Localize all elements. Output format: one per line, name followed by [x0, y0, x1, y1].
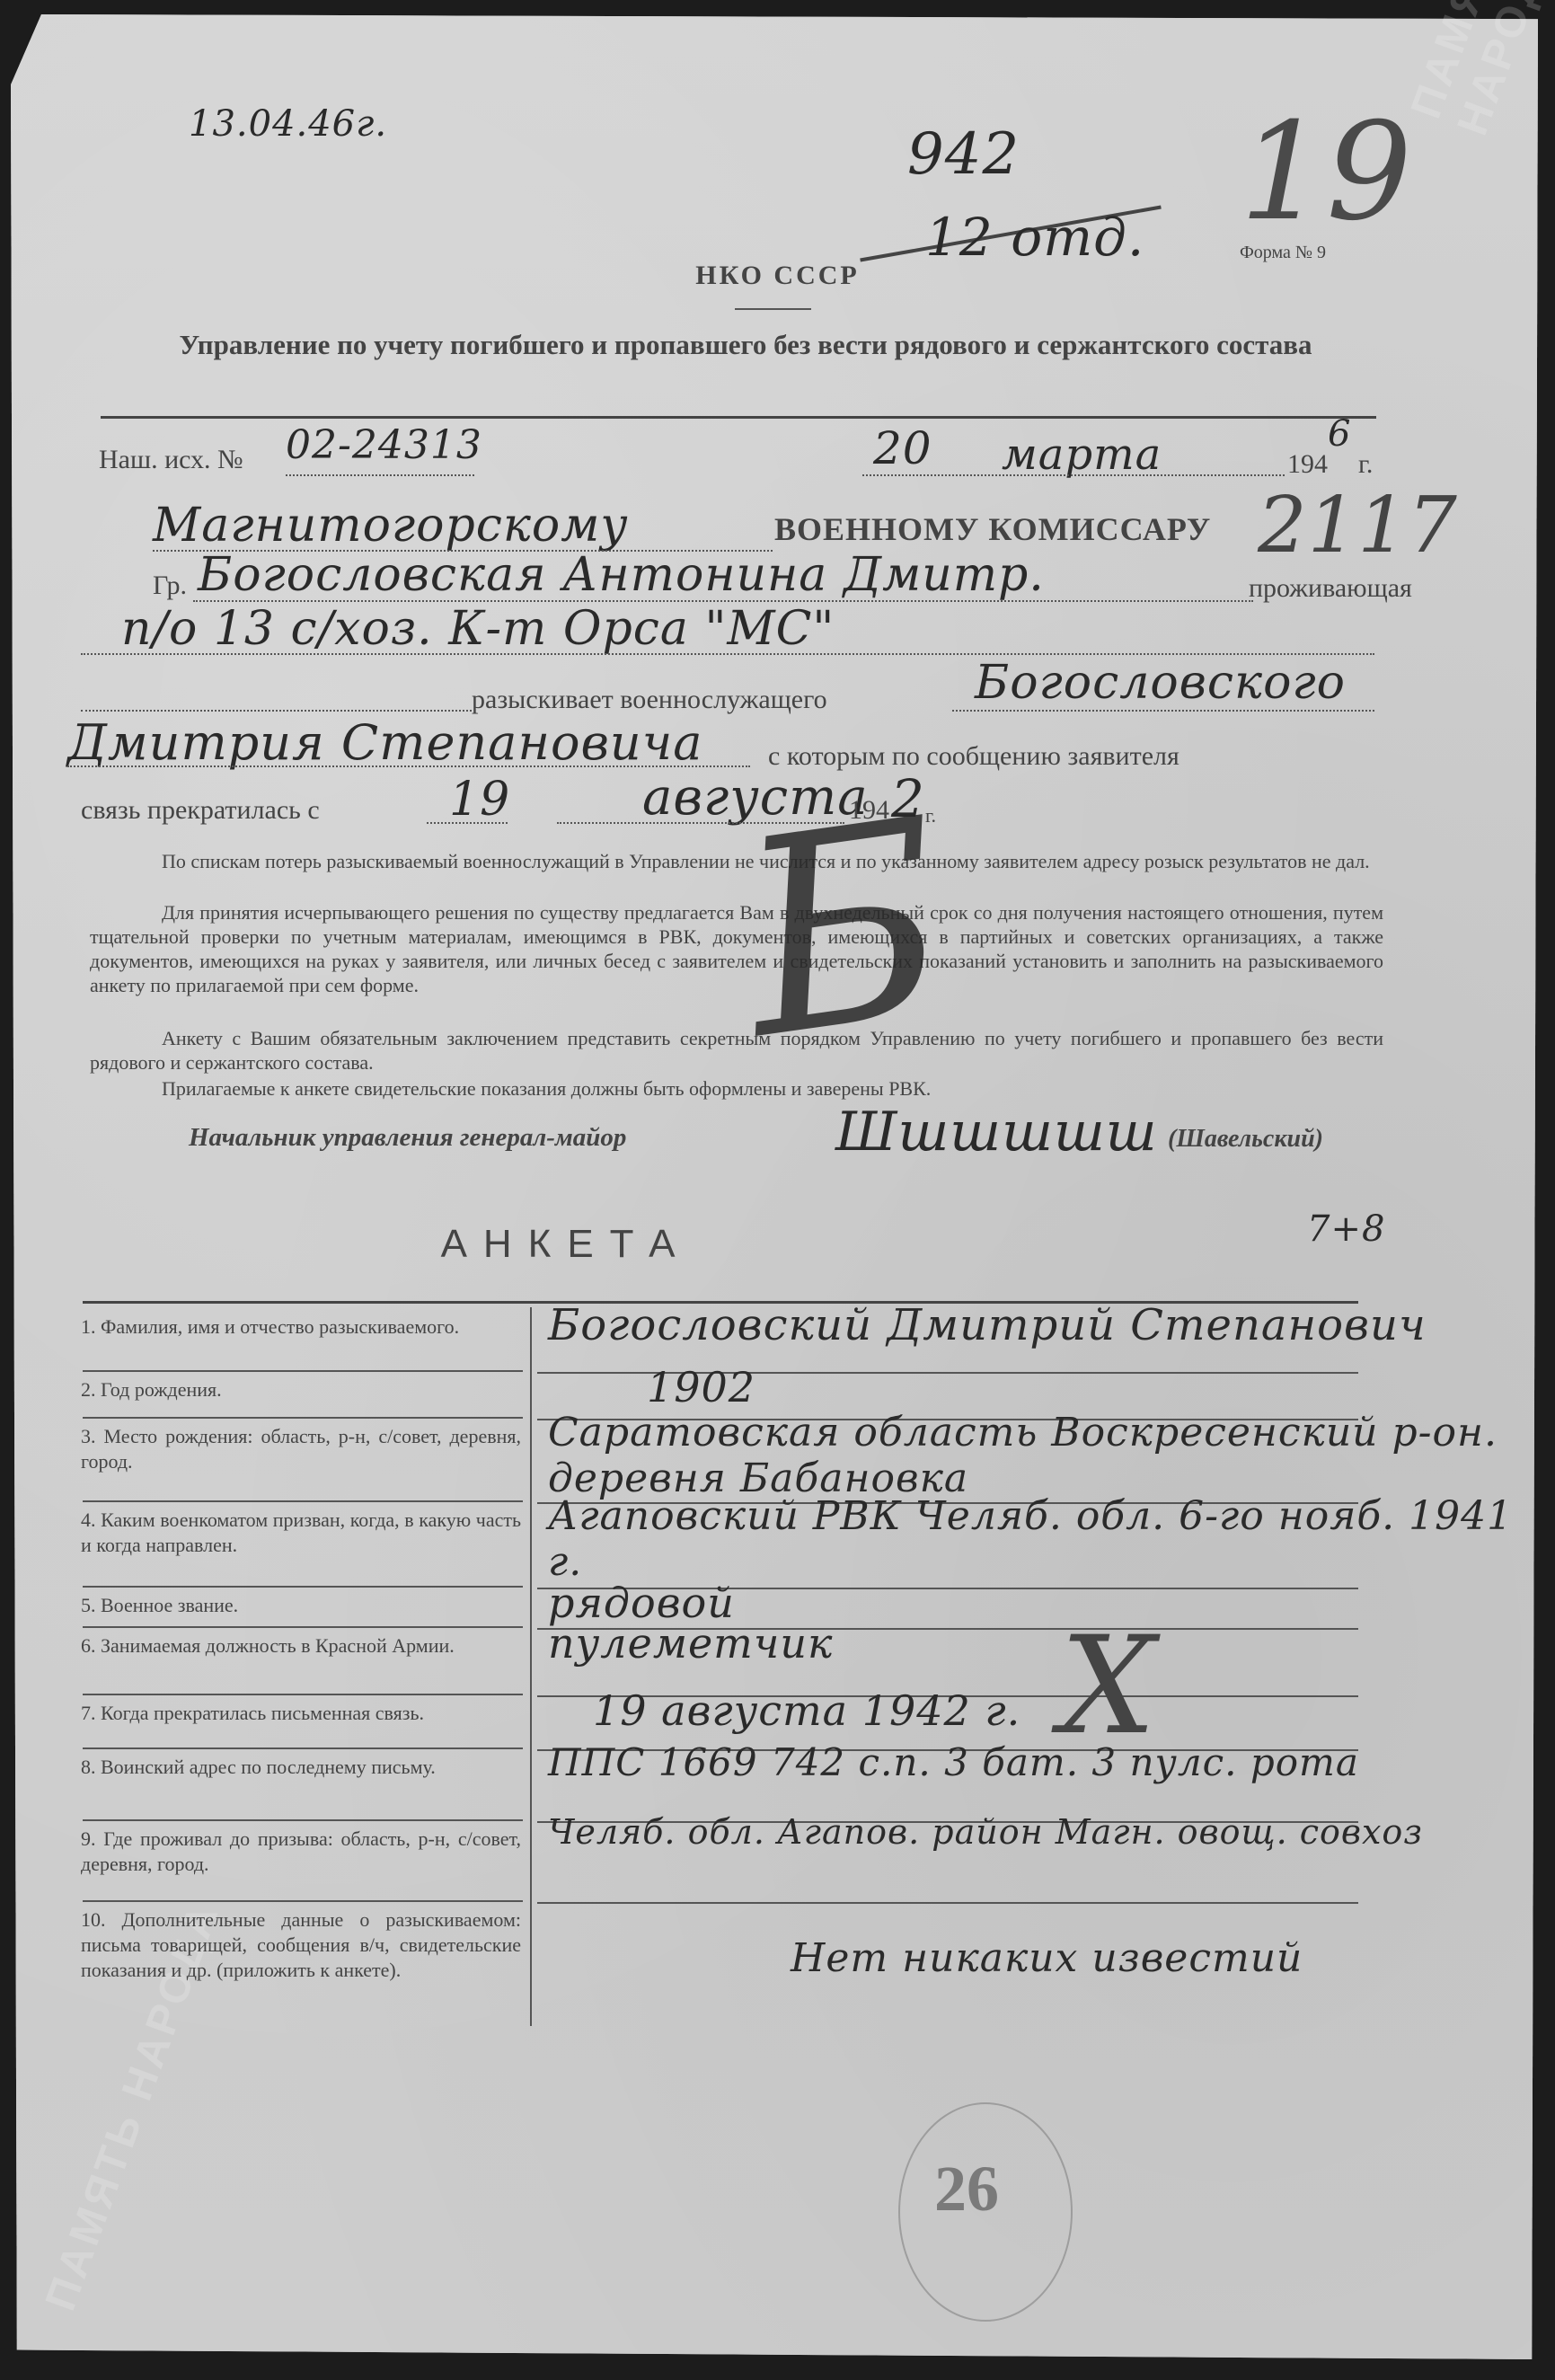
anketa-answer-9: Челяб. обл. Агапов. район Магн. овощ. со… — [548, 1812, 1423, 1852]
anketa-answer-6: пулеметчик — [548, 1619, 834, 1668]
anketa-answer-8: ППС 1669 742 с.п. 3 бат. 3 пулс. рота — [548, 1740, 1359, 1784]
anketa-answer-2: 1902 — [647, 1363, 755, 1411]
outgoing-label: Наш. исх. № — [99, 445, 243, 475]
anketa-row-divider — [83, 1370, 523, 1372]
ceased-day: 19 — [449, 773, 510, 827]
anketa-question-2: 2. Год рождения. — [81, 1377, 521, 1402]
signature-scribble: Шшшшшш — [835, 1101, 1158, 1163]
soldier-surname: Богословского — [975, 656, 1346, 710]
anketa-answer-4: Агаповский РВК Челяб. обл. 6-го нояб. 19… — [548, 1493, 1555, 1585]
anketa-row-divider — [83, 1417, 523, 1419]
recipient-printed: ВОЕННОМУ КОМИССАРУ — [774, 510, 1211, 548]
anketa-question-9: 9. Где проживал до призыва: область, р-н… — [81, 1827, 521, 1877]
org-title: НКО СССР — [0, 261, 1555, 291]
cross-mark: X — [1060, 1608, 1157, 1765]
department-title: Управление по учету погибшего и пропавше… — [90, 323, 1401, 367]
anketa-question-5: 5. Военное звание. — [81, 1593, 521, 1618]
citizen-label: Гр. — [153, 571, 187, 601]
anketa-column-divider — [530, 1307, 532, 2026]
date-g: г. — [1358, 449, 1373, 480]
anketa-answer-line — [537, 1902, 1358, 1904]
top-handwritten-date: 13.04.46г. — [189, 103, 387, 145]
anketa-question-8: 8. Воинский адрес по последнему письму. — [81, 1755, 521, 1780]
anketa-question-4: 4. Каким военкоматом призван, когда, в к… — [81, 1508, 521, 1558]
with-whom-label: с которым по сообщению заявителя — [768, 741, 1180, 772]
corner-mark: 7+8 — [1307, 1208, 1385, 1250]
anketa-question-1: 1. Фамилия, имя и отчество разыскиваемог… — [81, 1314, 521, 1340]
anketa-answer-3: Саратовская область Воскресенский р-он. … — [548, 1410, 1555, 1501]
date-year-prefix: 194 — [1287, 449, 1328, 480]
anketa-row-divider — [83, 1586, 523, 1588]
outgoing-number: 02-24313 — [286, 422, 482, 468]
date-day: 20 — [873, 422, 932, 474]
anketa-answer-10: Нет никаких известий — [791, 1927, 1419, 1990]
date-year-suffix: 6 — [1328, 413, 1351, 455]
searches-label: разыскивает военнослужащего — [472, 685, 827, 715]
header-rule — [101, 416, 1376, 419]
anketa-row-divider — [83, 1694, 523, 1695]
stamp-number: 26 — [934, 2152, 999, 2226]
anketa-answer-7: 19 августа 1942 г. — [593, 1686, 1020, 1735]
header-divider — [735, 308, 811, 310]
citizen-name: Богословская Антонина Дмитр. — [198, 548, 1045, 602]
anketa-title: АНКЕТА — [0, 1222, 1132, 1267]
anketa-question-3: 3. Место рождения: область, р-н, с/совет… — [81, 1424, 521, 1474]
anketa-row-divider — [83, 1900, 523, 1902]
signature-title: Начальник управления генерал-майор — [189, 1123, 626, 1153]
fraction-numerator: 942 — [907, 121, 1020, 188]
anketa-row-divider — [83, 1819, 523, 1821]
contact-ceased-label: связь прекратилась с — [81, 795, 320, 826]
paragraph-3: Анкету с Вашим обязательным заключением … — [90, 1026, 1383, 1075]
soldier-name: Дмитрия Степановича — [67, 714, 702, 771]
anketa-question-10: 10. Дополнительные данные о разыскиваемо… — [81, 1907, 521, 1983]
address-handwritten: п/о 13 с/хоз. К-т Орса "МС" — [121, 602, 835, 656]
anketa-question-6: 6. Занимаемая должность в Красной Армии. — [81, 1633, 521, 1659]
anketa-row-divider — [83, 1747, 523, 1749]
paragraph-4: Прилагаемые к анкете свидетельские показ… — [90, 1076, 1383, 1101]
side-pencil-number: 2117 — [1258, 481, 1458, 571]
anketa-row-divider — [83, 1626, 523, 1628]
big-pencil-number: 19 — [1240, 94, 1413, 251]
fraction-denominator: 12 отд. — [925, 207, 1144, 268]
residing-label: проживающая — [1249, 573, 1412, 604]
anketa-answer-1: Богословский Дмитрий Степанович — [548, 1300, 1427, 1350]
date-month: марта — [1002, 429, 1162, 480]
anketa-question-7: 7. Когда прекратилась письменная связь. — [81, 1701, 521, 1726]
signature-name: (Шавельский) — [1168, 1125, 1323, 1154]
paragraph-2: Для принятия исчерпывающего решения по с… — [90, 900, 1383, 997]
recipient-handwritten: Магнитогорскому — [153, 499, 629, 553]
anketa-row-divider — [83, 1500, 523, 1502]
